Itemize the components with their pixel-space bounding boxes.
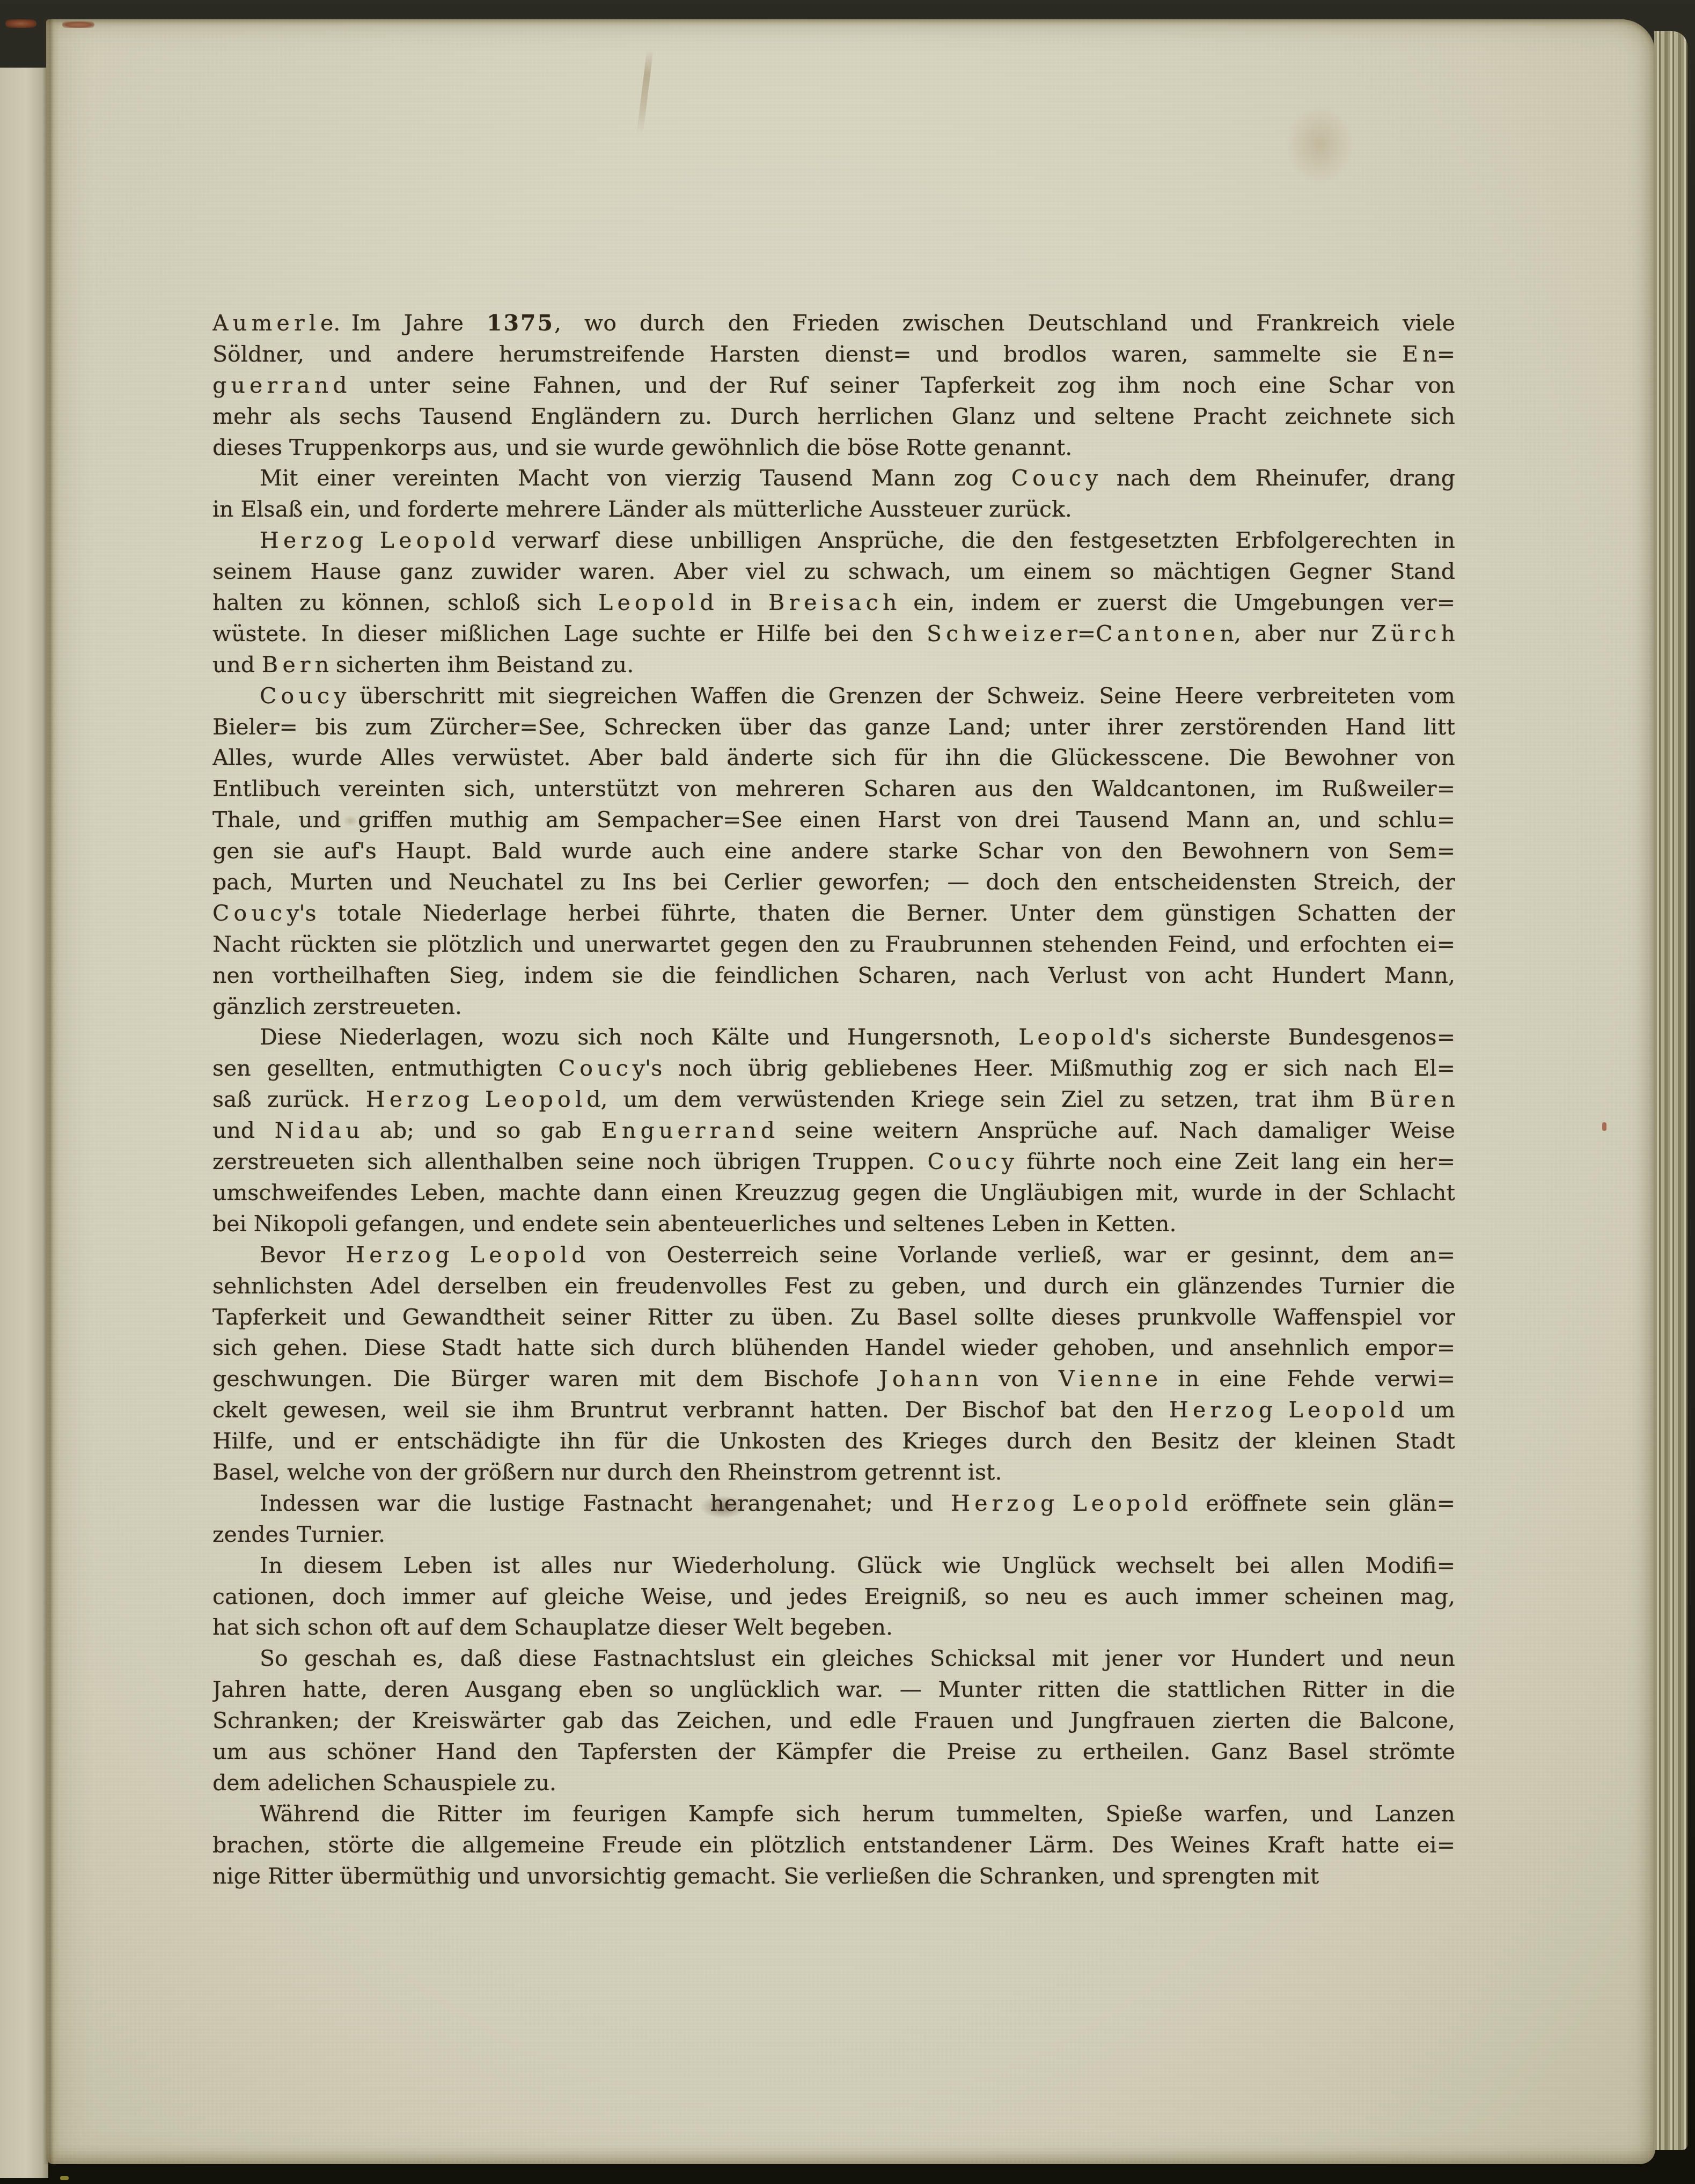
paragraph-6-line-7: Hilfe, und er entschädigte ihn für die U… — [212, 1426, 1455, 1457]
bold-year-1375: 1375 — [487, 310, 554, 336]
paragraph-6-line-6: ckelt gewesen, weil sie ihm Bruntrut ver… — [212, 1395, 1455, 1426]
paragraph-6-line-8: Basel, welche von der größern nur durch … — [212, 1457, 1455, 1488]
paragraph-6-line-4: sich gehen. Diese Stadt hatte sich durch… — [212, 1333, 1455, 1364]
paragraph-3-line-1: H e r z o g L e o p o l d verwarf diese … — [212, 525, 1455, 556]
paragraph-3-line-2: seinem Hause ganz zuwider waren. Aber vi… — [212, 556, 1455, 587]
paragraph-5-line-2: sen gesellten, entmuthigten C o u c y's … — [212, 1053, 1455, 1084]
paragraph-3-line-4: wüstete. In dieser mißlichen Lage suchte… — [212, 619, 1455, 650]
paragraph-4-line-2: Bieler= bis zum Zürcher=See, Schrecken ü… — [212, 712, 1455, 743]
paragraph-4-line-10: nen vortheilhaften Sieg, indem sie die f… — [212, 960, 1455, 991]
paragraph-8-line-1: In diesem Leben ist alles nur Wiederholu… — [212, 1550, 1455, 1582]
paragraph-9-line-3: Schranken; der Kreiswärter gab das Zeich… — [212, 1705, 1455, 1737]
paragraph-3-line-5: und B e r n sicherten ihm Beistand zu. — [212, 650, 1455, 681]
paragraph-9-line-4: um aus schöner Hand den Tapfersten der K… — [212, 1737, 1455, 1768]
paragraph-5-line-1: Diese Niederlagen, wozu sich noch Kälte … — [212, 1022, 1455, 1053]
paragraph-7-line-2: zendes Turnier. — [212, 1519, 1455, 1550]
paragraph-3-line-3: halten zu können, schloß sich L e o p o … — [212, 587, 1455, 619]
text-block: A u m e r l e. Im Jahre 1375, wo durch d… — [212, 308, 1455, 1892]
paragraph-4-line-4: Entlibuch vereinten sich, unterstützt vo… — [212, 774, 1455, 805]
paragraph-4-line-3: Alles, wurde Alles verwüstet. Aber bald … — [212, 742, 1455, 774]
paragraph-1-line-3: g u e r r a n d unter seine Fahnen, und … — [212, 370, 1455, 401]
text-segment: A u m e r l e. Im Jahre — [212, 310, 487, 336]
paragraph-2-line-2: in Elsaß ein, und forderte mehrere Lände… — [212, 494, 1455, 525]
paragraph-5-line-3: saß zurück. H e r z o g L e o p o l d, u… — [212, 1084, 1455, 1115]
paragraph-6-line-3: Tapferkeit und Gewandtheit seiner Ritter… — [212, 1302, 1455, 1333]
paragraph-6-line-5: geschwungen. Die Bürger waren mit dem Bi… — [212, 1364, 1455, 1395]
paragraph-8-line-2: cationen, doch immer auf gleiche Weise, … — [212, 1582, 1455, 1613]
paragraph-6-line-1: Bevor H e r z o g L e o p o l d von Oest… — [212, 1240, 1455, 1271]
paragraph-9-line-1: So geschah es, daß diese Fastnachtslust … — [212, 1643, 1455, 1674]
paragraph-7-line-1: Indessen war die lustige Fastnacht heran… — [212, 1488, 1455, 1519]
paragraph-5-line-6: umschweifendes Leben, machte dann einen … — [212, 1178, 1455, 1209]
paragraph-4-line-7: pach, Murten und Neuchatel zu Ins bei Ce… — [212, 867, 1455, 898]
paragraph-1-line-1: A u m e r l e. Im Jahre 1375, wo durch d… — [212, 308, 1455, 339]
paragraph-4-line-8: C o u c y's totale Niederlage herbei füh… — [212, 898, 1455, 929]
paragraph-5-line-7: bei Nikopoli gefangen, und endete sein a… — [212, 1209, 1455, 1240]
paragraph-9-line-2: Jahren hatte, deren Ausgang eben so ungl… — [212, 1674, 1455, 1705]
scan-background: A u m e r l e. Im Jahre 1375, wo durch d… — [0, 0, 1695, 2184]
paragraph-10-line-1: Während die Ritter im feurigen Kampfe si… — [212, 1799, 1455, 1830]
gutter-page-strip — [0, 68, 48, 2178]
paragraph-4-line-1: C o u c y überschritt mit siegreichen Wa… — [212, 681, 1455, 712]
paragraph-2-line-1: Mit einer vereinten Macht von vierzig Ta… — [212, 463, 1455, 494]
paragraph-5-line-4: und N i d a u ab; und so gab E n g u e r… — [212, 1115, 1455, 1146]
paragraph-6-line-2: sehnlichsten Adel derselben ein freudenv… — [212, 1271, 1455, 1302]
binding-crease — [43, 19, 59, 2164]
paragraph-4-line-9: Nacht rückten sie plötzlich und unerwart… — [212, 929, 1455, 960]
paragraph-4-line-6: gen sie auf's Haupt. Bald wurde auch ein… — [212, 836, 1455, 867]
paragraph-4-line-5: Thale, und griffen muthig am Sempacher=S… — [212, 805, 1455, 836]
paragraph-10-line-2: brachen, störte die allgemeine Freude ei… — [212, 1830, 1455, 1861]
stacked-page-edges — [1654, 31, 1687, 2150]
paragraph-1-line-4: mehr als sechs Tausend Engländern zu. Du… — [212, 401, 1455, 432]
paragraph-5-line-5: zerstreueten sich allenthalben seine noc… — [212, 1146, 1455, 1178]
red-speck — [5, 19, 36, 28]
paragraph-1-line-5: dieses Truppenkorps aus, und sie wurde g… — [212, 432, 1455, 464]
paragraph-9-line-5: dem adelichen Schauspiele zu. — [212, 1768, 1455, 1799]
paragraph-8-line-3: hat sich schon oft auf dem Schauplatze d… — [212, 1612, 1455, 1643]
text-segment: , wo durch den Frieden zwischen Deutschl… — [554, 310, 1455, 336]
paragraph-10-line-3: nige Ritter übermüthig und unvorsichtig … — [212, 1861, 1455, 1892]
paragraph-1-line-2: Söldner, und andere herumstreifende Hars… — [212, 339, 1455, 370]
paragraph-4-line-11: gänzlich zerstreueten. — [212, 991, 1455, 1023]
yellow-fiber — [60, 2176, 69, 2180]
